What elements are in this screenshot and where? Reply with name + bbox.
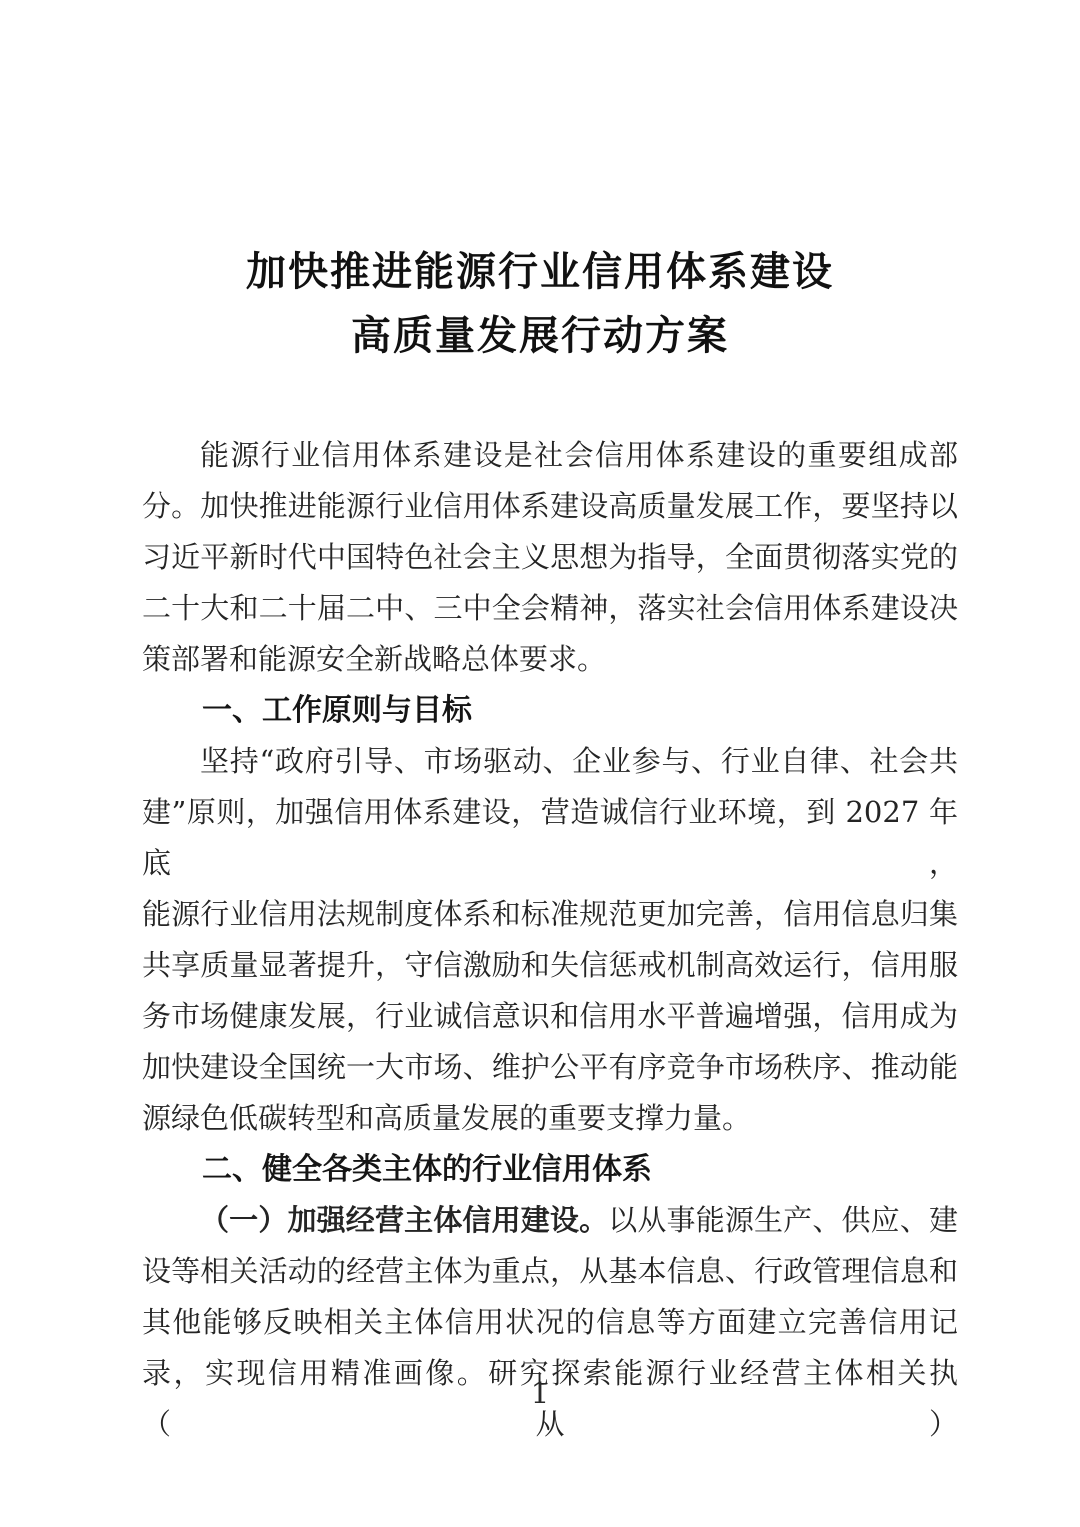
text-line: 其他能够反映相关主体信用状况的信息等方面建立完善信用记 (142, 1297, 958, 1348)
text-line: 共享质量显著提升，守信激励和失信惩戒机制高效运行，信用服 (142, 940, 958, 991)
text-line: 能源行业信用法规制度体系和标准规范更加完善，信用信息归集 (142, 889, 958, 940)
paragraph-principles: 坚持“政府引导、市场驱动、企业参与、行业自律、社会共 建”原则，加强信用体系建设… (142, 736, 958, 1144)
document-body: 能源行业信用体系建设是社会信用体系建设的重要组成部 分。加快推进能源行业信用体系… (0, 430, 1080, 1450)
text-run: 以从事能源生产、供应、建 (608, 1203, 958, 1237)
paragraph-intro: 能源行业信用体系建设是社会信用体系建设的重要组成部 分。加快推进能源行业信用体系… (142, 430, 958, 685)
section-heading-1: 一、工作原则与目标 (142, 685, 958, 736)
title-line-1: 加快推进能源行业信用体系建设 (0, 240, 1080, 304)
text-line: 务市场健康发展，行业诚信意识和信用水平普遍增强，信用成为 (142, 991, 958, 1042)
text-line: 源绿色低碳转型和高质量发展的重要支撑力量。 (142, 1093, 958, 1144)
title-line-2: 高质量发展行动方案 (0, 304, 1080, 368)
paragraph-subjects: （一）加强经营主体信用建设。以从事能源生产、供应、建 设等相关活动的经营主体为重… (142, 1195, 958, 1450)
text-line: 能源行业信用体系建设是社会信用体系建设的重要组成部 (142, 430, 958, 481)
document-page: 加快推进能源行业信用体系建设 高质量发展行动方案 能源行业信用体系建设是社会信用… (0, 0, 1080, 1527)
text-line: 二十大和二十届二中、三中全会精神，落实社会信用体系建设决 (142, 583, 958, 634)
subheading-lead: （一）加强经营主体信用建设。 (200, 1203, 608, 1237)
page-number: 1 (0, 1376, 1080, 1410)
text-line: 策部署和能源安全新战略总体要求。 (142, 634, 958, 685)
text-line: （一）加强经营主体信用建设。以从事能源生产、供应、建 (142, 1195, 958, 1246)
text-line: 建”原则，加强信用体系建设，营造诚信行业环境，到 2027 年底， (142, 787, 958, 889)
text-line: 加快建设全国统一大市场、维护公平有序竞争市场秩序、推动能 (142, 1042, 958, 1093)
text-line: 分。加快推进能源行业信用体系建设高质量发展工作，要坚持以 (142, 481, 958, 532)
document-title: 加快推进能源行业信用体系建设 高质量发展行动方案 (0, 0, 1080, 368)
text-line: 设等相关活动的经营主体为重点，从基本信息、行政管理信息和 (142, 1246, 958, 1297)
text-line: 习近平新时代中国特色社会主义思想为指导，全面贯彻落实党的 (142, 532, 958, 583)
text-line: 坚持“政府引导、市场驱动、企业参与、行业自律、社会共 (142, 736, 958, 787)
section-heading-2: 二、健全各类主体的行业信用体系 (142, 1144, 958, 1195)
